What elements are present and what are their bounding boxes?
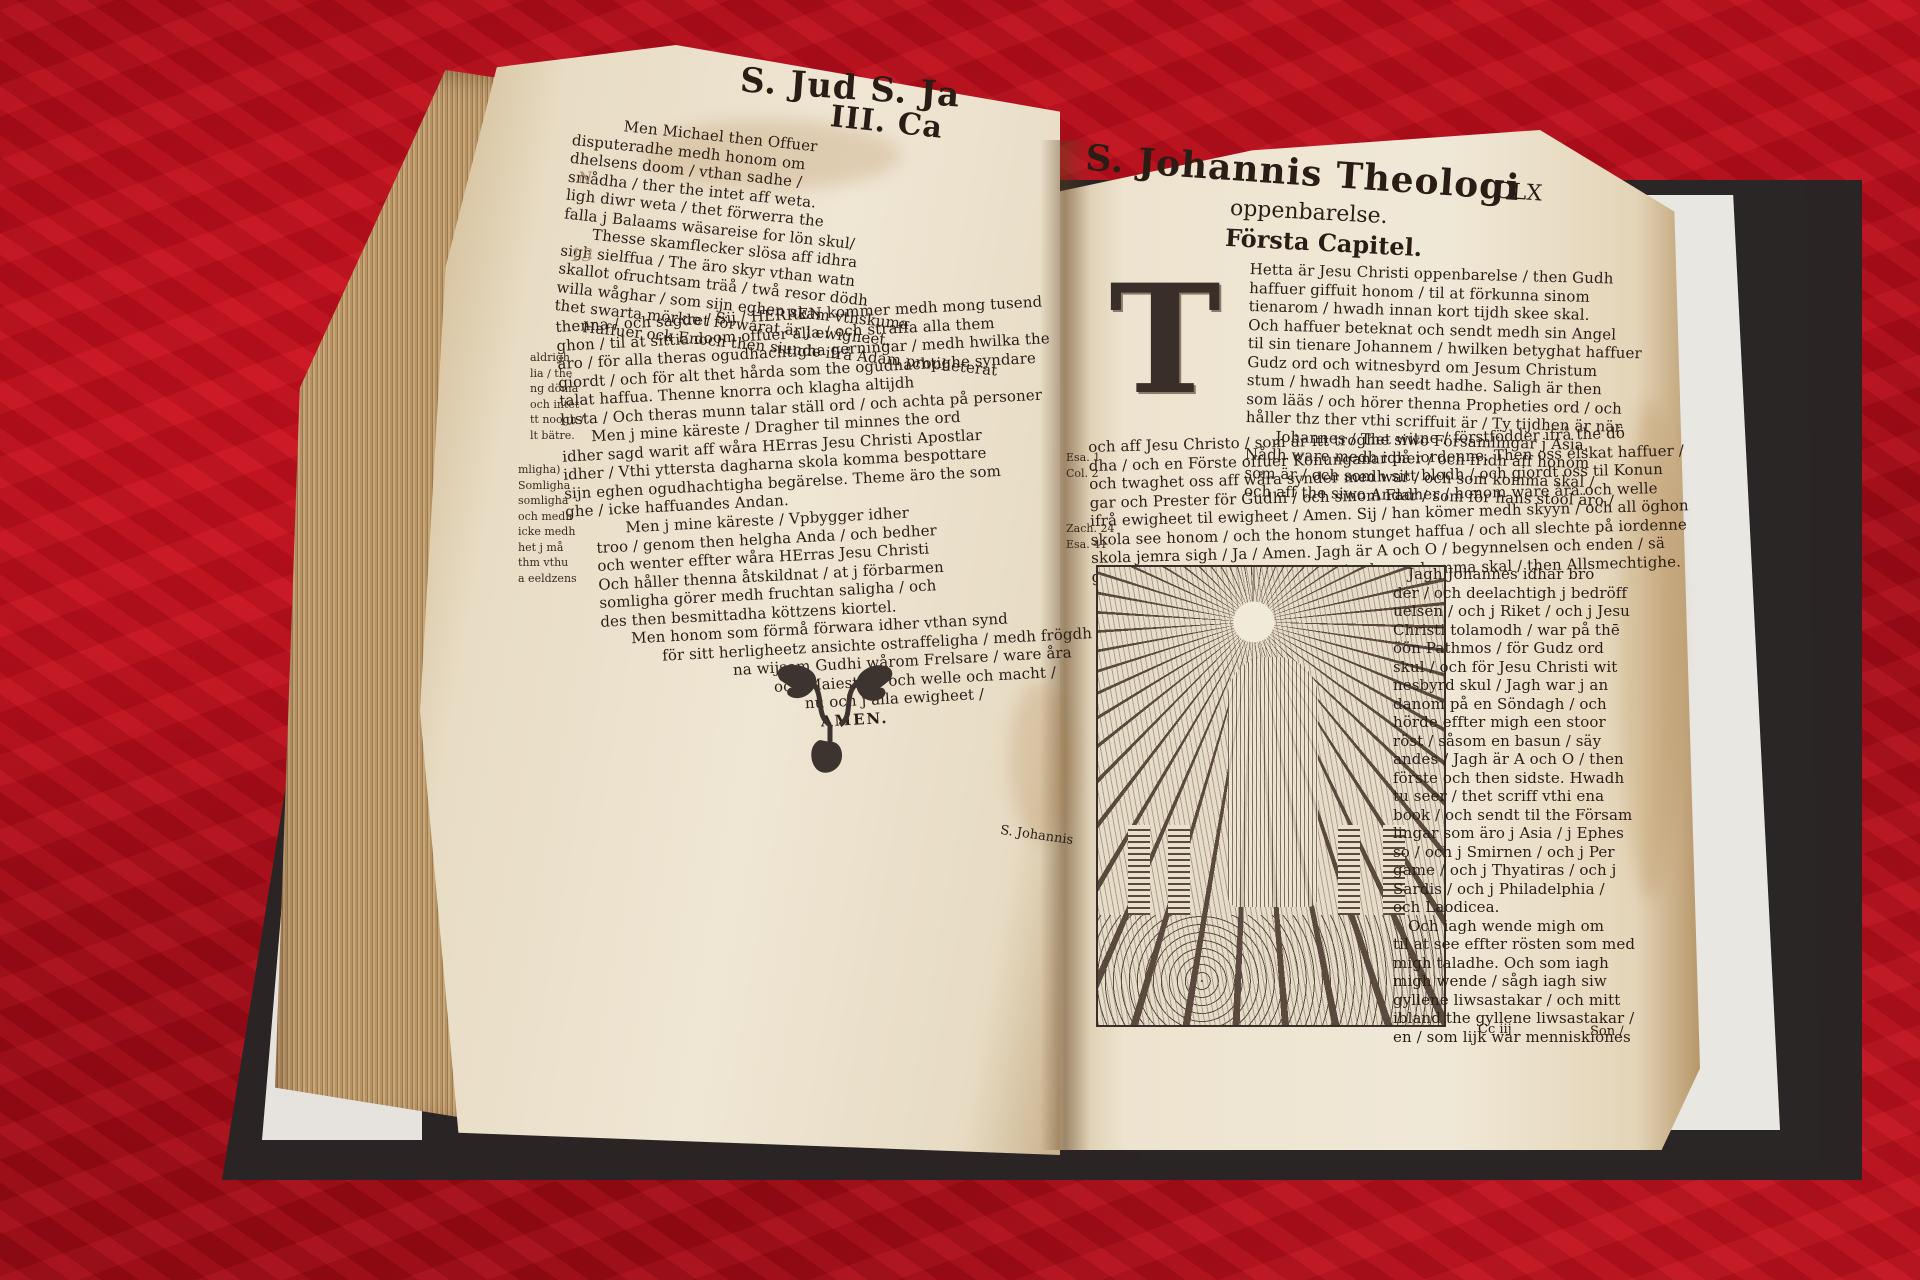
text-line: so / och j Smirnen / och j Per <box>1393 843 1635 862</box>
text-line: Christi tolamodh / war på thē <box>1393 621 1635 640</box>
left-page-text-mid: thenna / och sagde / Sij / HERREN kommer… <box>555 292 1058 521</box>
text-line: til at see effter rösten som med <box>1393 935 1635 954</box>
folio-number: CLX <box>1494 178 1543 206</box>
handwritten-note: 13 <box>570 245 593 266</box>
text-line: förste och then sidste. Hwadh <box>1393 769 1635 788</box>
right-margin-refs: Esa. 1 Col. 2 Zach. 24 Esa. 41 <box>1066 450 1114 552</box>
decorated-initial-letter: T <box>1090 265 1240 415</box>
left-margin-notes-bottom: mligha) Somligha somligha och medh icke … <box>518 462 577 586</box>
left-margin-notes-top: aldrigh lia / the ng döma och intet tt n… <box>530 350 584 443</box>
text-line: Jagh Johannes idhar bro <box>1393 565 1635 584</box>
text-line: migh wende / sågh iagh siw <box>1393 972 1635 991</box>
right-catchword: Son / <box>1590 1024 1624 1039</box>
text-line: öön Pathmos / för Gudz ord <box>1393 639 1635 658</box>
text-line: danom på en Söndagh / och <box>1393 695 1635 714</box>
text-line: och Laodicea. <box>1393 898 1635 917</box>
text-line: der / och deelachtigh j bedröff <box>1393 584 1635 603</box>
signature-mark: Cc iij <box>1478 1022 1512 1037</box>
right-column-text: Jagh Johannes idhar bro der / och deelac… <box>1393 565 1635 1046</box>
printers-ornament-icon <box>770 660 900 780</box>
text-line: book / och sendt til the Försam <box>1393 806 1635 825</box>
text-line: hörde effter migh een stoor <box>1393 713 1635 732</box>
text-line: Sardis / och j Philadelphia / <box>1393 880 1635 899</box>
text-line: lingar som äro j Asia / j Ephes <box>1393 824 1635 843</box>
text-line: gyllene liwsastakar / och mitt <box>1393 991 1635 1010</box>
text-line: Och iagh wende migh om <box>1393 917 1635 936</box>
candlestick-icon <box>1338 825 1360 915</box>
woodcut-figure <box>1228 657 1318 907</box>
text-line: andes / Jagh är A och O / then <box>1393 750 1635 769</box>
handwritten-note: N <box>578 168 592 187</box>
text-line: röst / såsom en basun / säy <box>1393 732 1635 751</box>
text-line: game / och j Thyatiras / och j <box>1393 861 1635 880</box>
text-line: nesbyrd skul / Jagh war j an <box>1393 676 1635 695</box>
text-line: migh taladhe. Och som iagh <box>1393 954 1635 973</box>
candlestick-icon <box>1168 825 1190 915</box>
right-full-width-text: och aff Jesu Christo / som är itt troghe… <box>1088 422 1690 586</box>
candlestick-icon <box>1128 825 1150 915</box>
text-line: skul / och för Jesu Christi wit <box>1393 658 1635 677</box>
text-line: uelsen / och j Riket / och j Jesu <box>1393 602 1635 621</box>
text-line: tu seer / thet scriff vthi ena <box>1393 787 1635 806</box>
